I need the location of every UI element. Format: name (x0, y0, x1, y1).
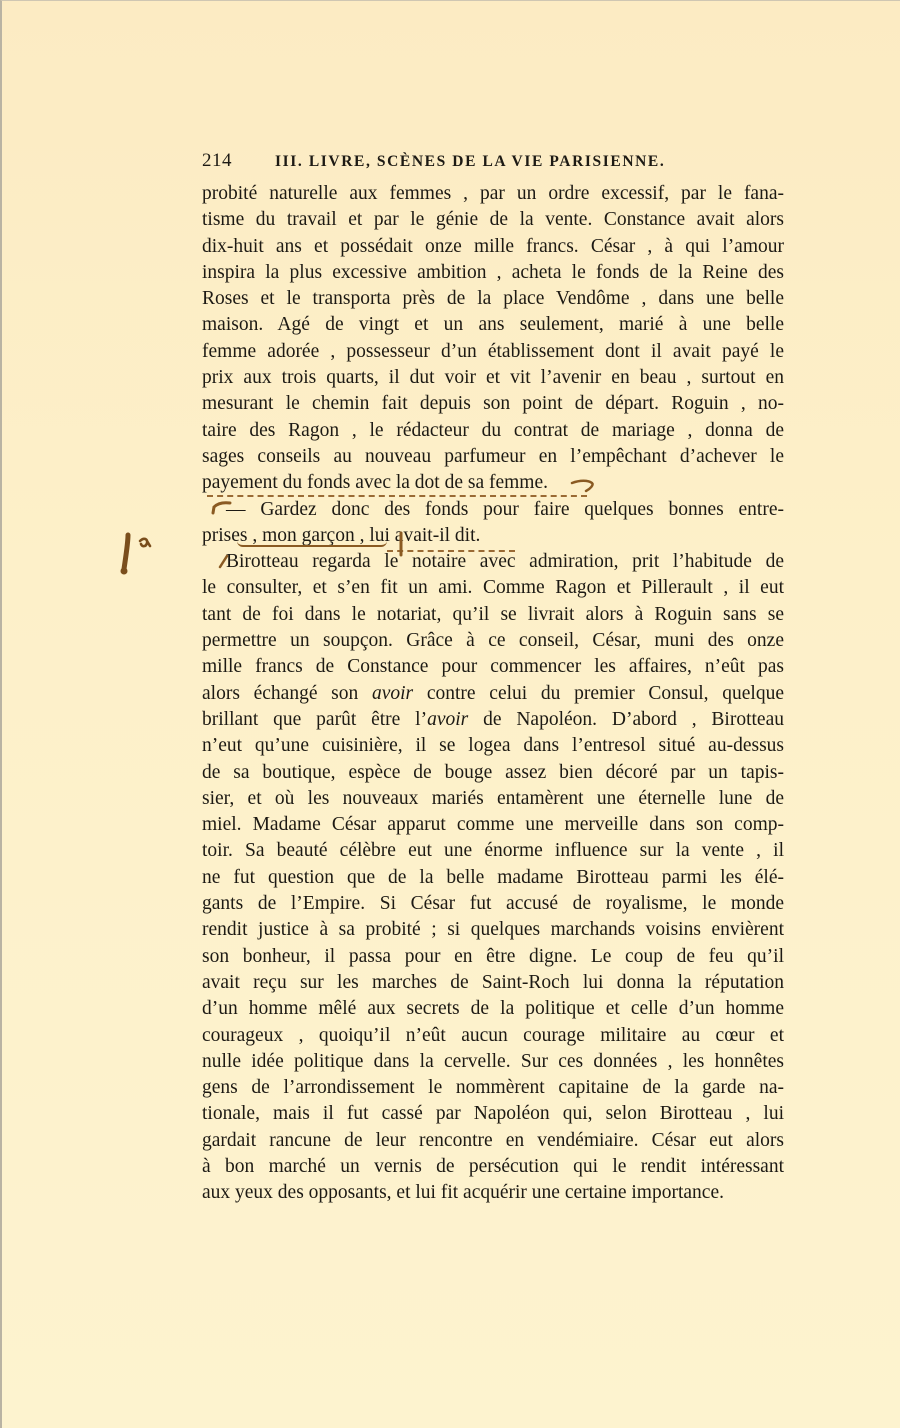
text-line: nulle idée politique dans la cervelle. S… (202, 1049, 784, 1075)
text-line: le consulter, et s’en fit un ami. Comme … (202, 575, 784, 601)
text-line: avait reçu sur les marches de Saint-Roch… (202, 970, 784, 996)
text-line: de sa boutique, espèce de bouge assez bi… (202, 760, 784, 786)
dashed-underline-mark (207, 491, 587, 497)
text-line: gardait rancune de leur rencontre en ven… (202, 1128, 784, 1154)
text-segment: brillant que parût être l’ (202, 709, 427, 730)
text-line: maison. Agé de vingt et un ans seulement… (202, 312, 784, 338)
text-line: tant de foi dans le notariat, qu’il se l… (202, 602, 784, 628)
body-text: probité naturelle aux femmes , par un or… (202, 181, 784, 1207)
paragraph-break-mark-icon (210, 499, 234, 519)
insertion-caret-icon (395, 531, 407, 557)
text-segment: contre celui du premier Consul, quelque (413, 683, 784, 704)
text-line: gens de l’arrondissement le nommèrent ca… (202, 1075, 784, 1101)
running-head: 214 III. LIVRE, SCÈNES DE LA VIE PARISIE… (202, 149, 782, 173)
running-title: III. LIVRE, SCÈNES DE LA VIE PARISIENNE. (275, 150, 665, 174)
line-end-hook-icon (570, 477, 596, 499)
text-line: tisme du travail et par le génie de la v… (202, 207, 784, 233)
text-line: courageux , quoiqu’il n’eût aucun courag… (202, 1023, 784, 1049)
text-line: taire des Ragon , le rédacteur du contra… (202, 418, 784, 444)
margin-note-handwriting-icon (120, 529, 170, 579)
italic-word: avoir (427, 709, 468, 730)
text-line: Roses et le transporta près de la place … (202, 286, 784, 312)
paragraph-break-mark-icon (216, 554, 230, 570)
text-line: à bon marché un vernis de persécution qu… (202, 1154, 784, 1180)
text-line: permettre un soupçon. Grâce à ce conseil… (202, 628, 784, 654)
text-line: inspira la plus excessive ambition , ach… (202, 260, 784, 286)
text-line: ne fut question que de la belle madame B… (202, 865, 784, 891)
text-line: tionale, mais il fut cassé par Napoléon … (202, 1101, 784, 1127)
text-line: prix aux trois quarts, il dut voir et vi… (202, 365, 784, 391)
text-line: toir. Sa beauté célèbre eut une énorme i… (202, 838, 784, 864)
text-line: probité naturelle aux femmes , par un or… (202, 181, 784, 207)
text-line: dix-huit ans et possédait onze mille fra… (202, 234, 784, 260)
underline-mark (237, 539, 387, 547)
page-number: 214 (202, 149, 232, 173)
text-line: mesurant le chemin fait depuis son point… (202, 391, 784, 417)
text-line: alors échangé son avoir contre celui du … (202, 681, 784, 707)
text-line: son bonheur, il passa pour en être digne… (202, 944, 784, 970)
text-line: sier, et où les nouveaux mariés entamère… (202, 786, 784, 812)
text-line: d’un homme mêlé aux secrets de la politi… (202, 996, 784, 1022)
text-line: n’eut qu’une cuisinière, il se logea dan… (202, 733, 784, 759)
text-line: miel. Madame César apparut comme une mer… (202, 812, 784, 838)
text-segment: alors échangé son (202, 683, 372, 704)
text-line: mille francs de Constance pour commencer… (202, 654, 784, 680)
text-line: sages conseils au nouveau parfumeur en l… (202, 444, 784, 470)
paragraph-start-line: Birotteau regarda le notaire avec admira… (202, 549, 784, 575)
text-segment: de Napoléon. D’abord , Birotteau (468, 709, 784, 730)
italic-word: avoir (372, 683, 413, 704)
book-page: 214 III. LIVRE, SCÈNES DE LA VIE PARISIE… (0, 0, 900, 1428)
text-line: aux yeux des opposants, et lui fit acqué… (202, 1180, 784, 1206)
text-line: rendit justice à sa probité ; si quelque… (202, 917, 784, 943)
text-line: gants de l’Empire. Si César fut accusé d… (202, 891, 784, 917)
text-line: brillant que parût être l’avoir de Napol… (202, 707, 784, 733)
dialogue-line: — Gardez donc des fonds pour faire quelq… (202, 497, 784, 523)
text-line: femme adorée , possesseur d’un établisse… (202, 339, 784, 365)
